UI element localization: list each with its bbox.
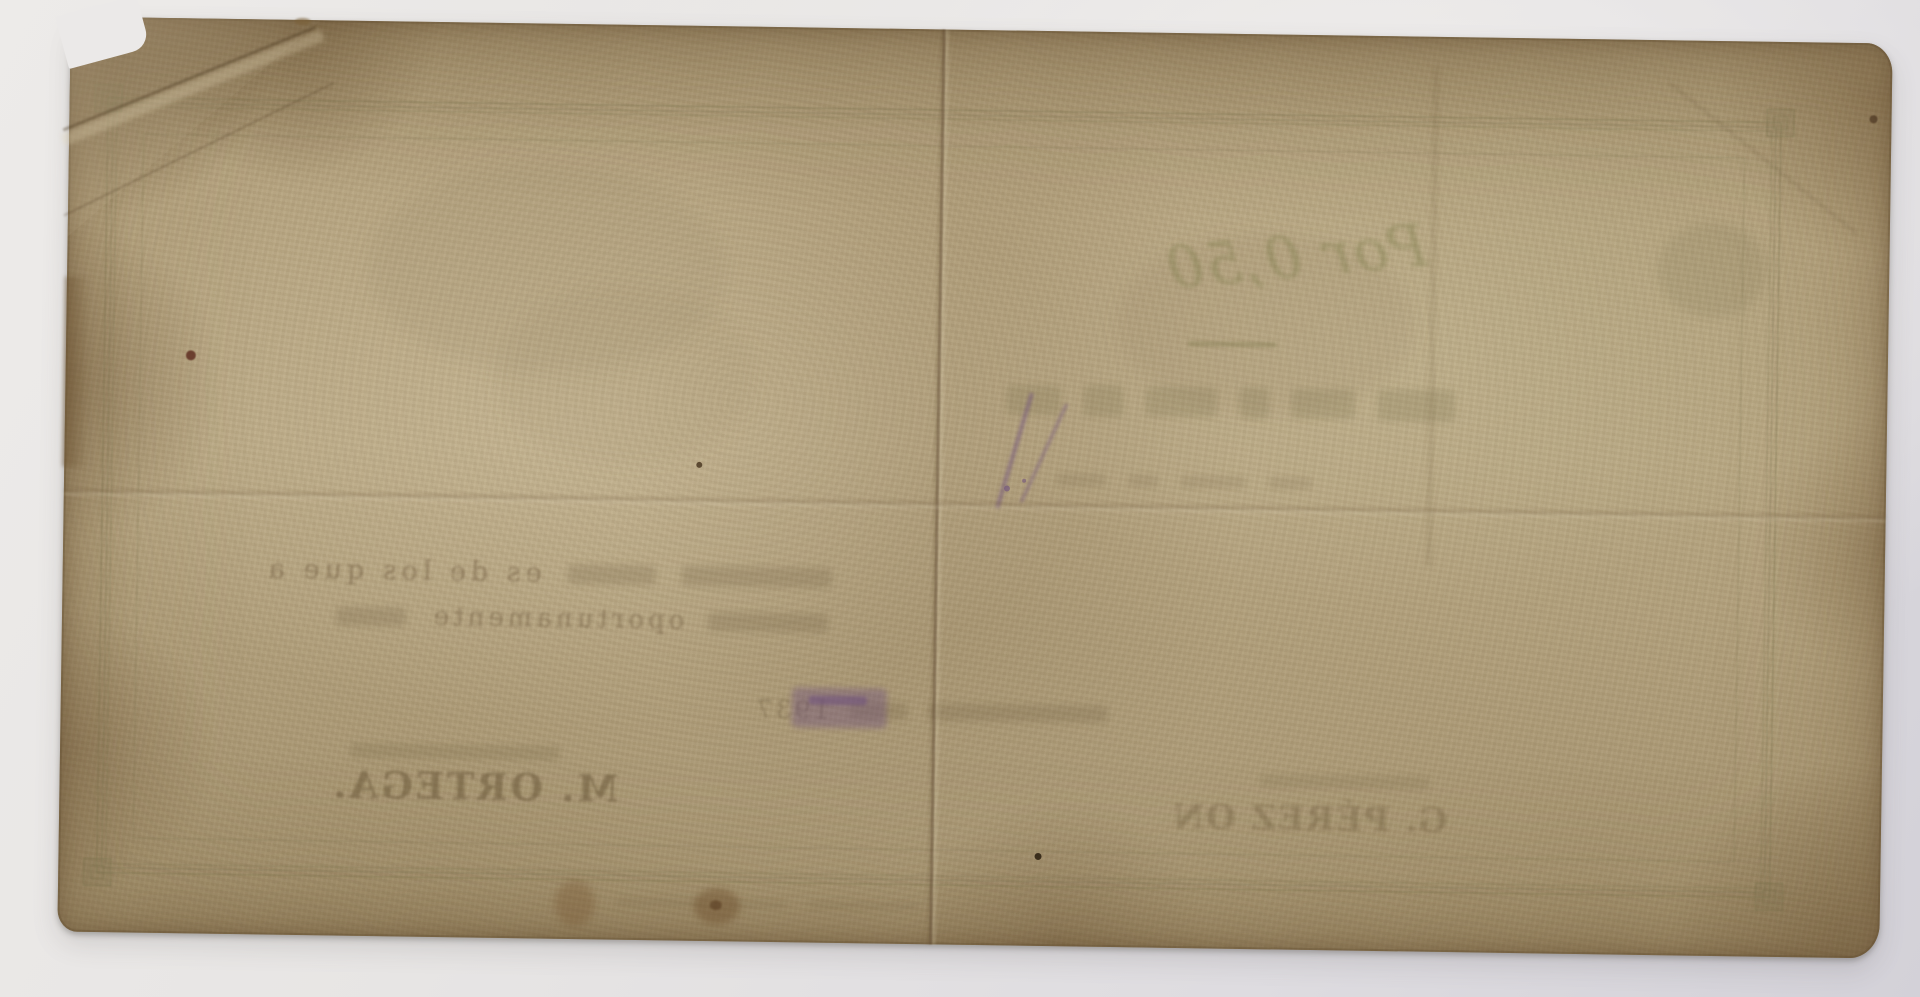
frame-corner-ornament-bl	[83, 858, 111, 886]
printer-imprint-smudge	[809, 900, 919, 910]
ghost-title-smudge	[1083, 385, 1123, 418]
stain-spot-red	[186, 350, 196, 360]
printer-imprint-smudge-row	[588, 896, 948, 910]
border-frame	[57, 17, 1892, 959]
top-right-crease-line	[1669, 82, 1857, 234]
ghost-text-smudge	[568, 563, 656, 584]
ghost-denomination-script: Por 0,50	[1125, 211, 1430, 306]
frame-corner-ornament-br	[1755, 883, 1783, 911]
printer-imprint-smudge	[617, 897, 707, 906]
ghost-title-smudge	[1239, 387, 1269, 419]
stain-speck	[696, 462, 702, 468]
ghost-subtitle-smudge	[1056, 473, 1106, 487]
ghost-signature-left-label-smudge	[350, 743, 560, 761]
ghost-title-smudge	[1291, 389, 1355, 420]
left-edge-stain	[62, 276, 91, 466]
ghost-title-smudge	[1006, 384, 1061, 415]
ghost-title-smudge	[1377, 389, 1455, 422]
photo-backdrop: Por 0,50 es de los que a oportunamente	[0, 0, 1920, 997]
ghost-text-smudge	[927, 703, 1107, 723]
violet-ink-dot	[1022, 479, 1026, 483]
horizontal-crease	[64, 486, 1886, 523]
ghost-signature-left: M. ORTEGA.	[309, 762, 640, 811]
ghost-subtitle-smudge	[1128, 474, 1158, 487]
printer-imprint-smudge	[729, 899, 787, 908]
banknote-paper: Por 0,50 es de los que a oportunamente	[57, 17, 1892, 959]
ghost-text-smudge	[849, 702, 907, 720]
ghost-subtitle-smudge-row	[1034, 471, 1334, 491]
ghost-text-smudge	[681, 565, 831, 587]
right-vertical-crease	[1425, 67, 1440, 567]
ghost-paragraph-fragment-1: es de los que a	[264, 553, 542, 588]
stain-speck-right-edge	[1870, 115, 1878, 123]
ghost-paragraph-line-1: es de los que a	[122, 551, 972, 595]
ghost-smudge-left-2	[494, 283, 757, 467]
ghost-text-smudge	[708, 612, 828, 633]
ghost-text-smudge	[336, 606, 406, 626]
frame-corner-ornament-tr	[1766, 109, 1794, 137]
ghost-date-fragment: 1937	[754, 695, 830, 725]
violet-scribble-stroke	[1020, 403, 1068, 502]
ghost-denomination-underline	[1188, 341, 1276, 347]
ghost-signature-right: G. PÉREZ ON	[1139, 796, 1480, 841]
paper-texture	[57, 17, 1892, 959]
ghost-smudge-left	[366, 161, 729, 376]
ghost-paragraph-line-2: oportunamente	[232, 599, 932, 639]
ghost-subtitle-smudge	[1180, 475, 1246, 489]
ghost-ornament-trace	[1657, 222, 1768, 319]
ghost-paragraph-fragment-2: oportunamente	[430, 602, 685, 636]
ghost-signature-right-label-smudge	[1260, 774, 1430, 790]
violet-ink-dot	[1004, 485, 1010, 491]
ghost-title-smudge-row	[995, 382, 1465, 423]
ghost-title-smudge	[1145, 387, 1217, 418]
ghost-subtitle-smudge	[1268, 476, 1312, 490]
stain-speck-dark	[1034, 853, 1041, 860]
paper-vignette	[57, 17, 1892, 959]
